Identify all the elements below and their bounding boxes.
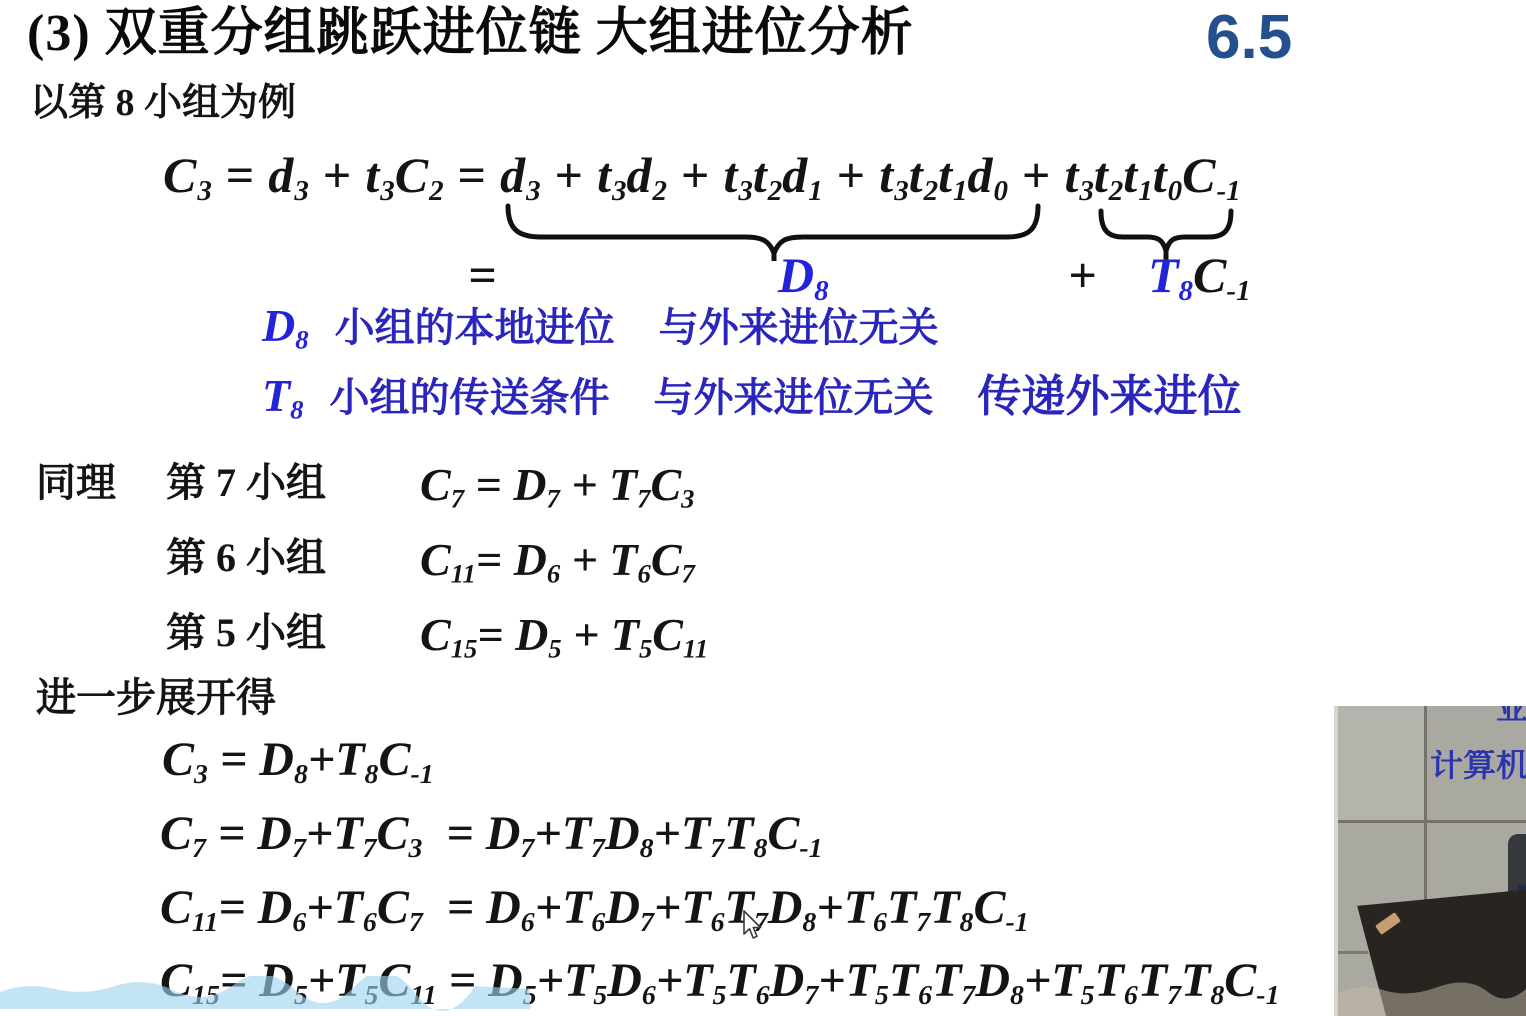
wall-groove-horizontal [1338, 820, 1526, 823]
note-t8: T8小组的传送条件与外来进位无关传递外来进位 [262, 372, 1241, 423]
group-label-5: 第 5 小组 [166, 610, 326, 656]
example-label: 以第 8 小组为例 [30, 82, 296, 126]
note-t8-text3: 传递外来进位 [977, 372, 1241, 421]
note-d8-symbol: D8 [262, 300, 309, 351]
main-formula: C3 = d3 + t3C2 = d3 + t3d2 + t3t2d1 + t3… [163, 150, 1241, 206]
desk-wave [1338, 974, 1526, 1016]
wall-groove-vertical [1424, 706, 1427, 906]
group-label-6: 第 6 小组 [166, 535, 326, 581]
slide-title: (3) 双重分组跳跃进位链 大组进位分析 [27, 4, 914, 64]
note-d8: D8小组的本地进位与外来进位无关 [262, 303, 939, 353]
note-t8-symbol: T8 [262, 370, 303, 421]
transfer-term: T8C-1 [1148, 250, 1251, 306]
mouse-cursor-icon [742, 910, 764, 940]
expand-label: 进一步展开得 [36, 675, 276, 721]
group-formula-7: C7 = D7 + T7C3 [420, 462, 695, 512]
expansion-formula-c3: C3 = D8+T8C-1 [162, 736, 434, 789]
expansion-formula-c7: C7 = D7+T7C3 = D7+T7D8+T7T8C-1 [160, 810, 823, 863]
underbrace-large-icon [503, 203, 1043, 261]
transfer-term-blue: T8 [1148, 247, 1193, 303]
note-d8-text2: 与外来进位无关 [659, 305, 939, 350]
plus-sign: + [1068, 250, 1097, 300]
video-overlay: 业 计算机 [1334, 706, 1526, 1016]
transfer-term-black: C-1 [1193, 247, 1251, 303]
note-t8-text2: 与外来进位无关 [653, 375, 933, 420]
wall-panel [1338, 706, 1426, 820]
local-carry-term: D8 [778, 250, 829, 306]
wall-groove-horizontal-left [1338, 951, 1368, 954]
equals-sign: = [468, 250, 497, 300]
expansion-formula-c11: C11= D6+T6C7 = D6+T6D7+T6T7D8+T6T7T8C-1 [160, 884, 1029, 937]
group-label-7: 第 7 小组 [166, 460, 326, 506]
note-d8-text: 小组的本地进位 [335, 305, 615, 350]
group-formula-5: C15= D5 + T5C11 [420, 612, 708, 662]
wave-decoration [0, 976, 530, 1016]
note-t8-text: 小组的传送条件 [329, 375, 609, 420]
group-formula-6: C11= D6 + T6C7 [420, 537, 695, 587]
analogy-label: 同理 [36, 460, 116, 506]
section-number: 6.5 [1206, 2, 1292, 73]
board-text: 计算机 [1430, 750, 1526, 783]
lecture-frame: { "slide": { "title": "(3) 双重分组跳跃进位链 大组进… [0, 0, 1526, 1016]
board-text-partial: 业 [1496, 706, 1526, 724]
